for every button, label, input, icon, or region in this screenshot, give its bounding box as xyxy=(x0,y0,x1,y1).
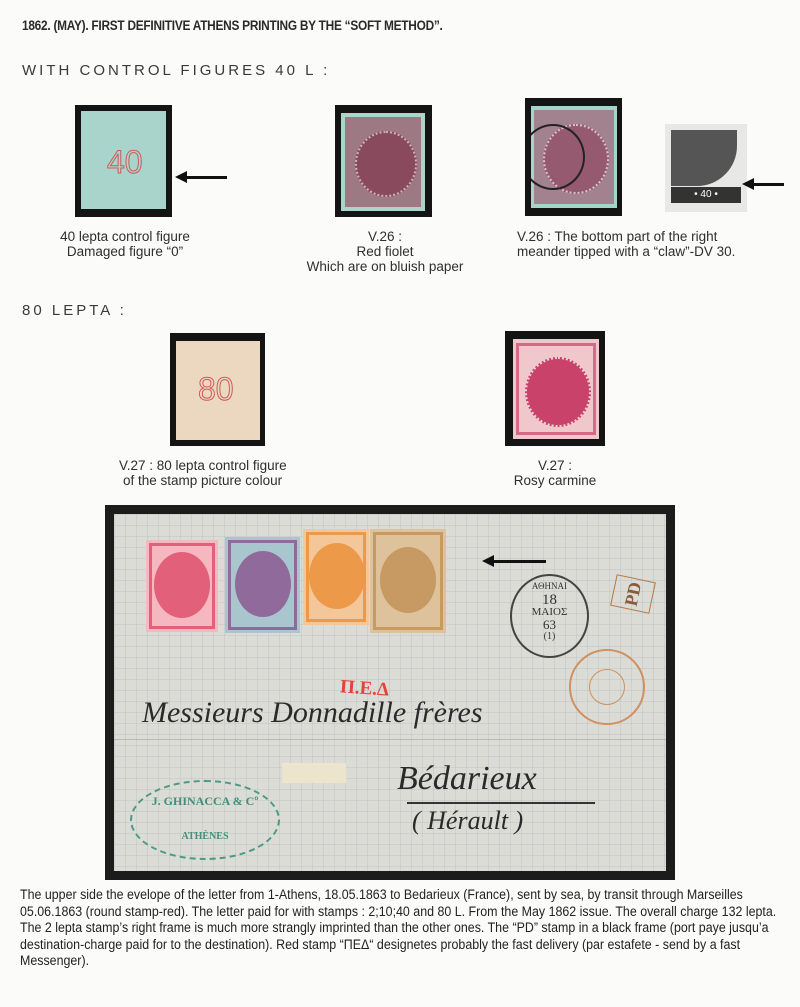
envelope-stamp-80-lepta xyxy=(146,540,218,632)
paper-slip xyxy=(282,763,346,783)
sender-oval-stamp: J. GHINACCA & Cº ATHÈNES xyxy=(130,780,280,860)
stamp-v27-rosy-carmine xyxy=(513,339,599,439)
detail-value-text: • 40 • xyxy=(671,187,741,203)
envelope-stamp-40-lepta xyxy=(225,537,300,633)
stamp-mount-40-control: 40 xyxy=(75,105,172,217)
caption-line: Rosy carmine xyxy=(500,473,610,488)
caption-line: Damaged figure “0” xyxy=(40,244,210,259)
stamp-mount-80-control: 80 xyxy=(170,333,265,446)
caption-line: of the stamp picture colour xyxy=(119,473,287,488)
description-text: The upper side the evelope of the letter… xyxy=(20,887,784,970)
caption-v26-claw: V.26 : The bottom part of the right mean… xyxy=(517,229,735,259)
postmark-city: ΑΘΗΝΑΙ xyxy=(512,581,587,591)
marseilles-postmark xyxy=(569,649,645,725)
envelope-stamp-2-lepta xyxy=(370,529,446,633)
control-figure-40: 40 xyxy=(107,144,143,181)
sender-city: ATHÈNES xyxy=(132,831,278,842)
address-line-city: Bédarieux xyxy=(397,760,537,798)
athens-postmark: ΑΘΗΝΑΙ 18 ΜΑΙΟΣ 63 (1) xyxy=(510,574,589,658)
enlarged-detail-image: • 40 • xyxy=(665,124,747,212)
caption-line: meander tipped with a “claw”-DV 30. xyxy=(517,244,735,259)
sender-name: J. GHINACCA & Cº xyxy=(132,794,278,809)
caption-line: V.26 : xyxy=(290,229,480,244)
stamp-v26-claw xyxy=(531,106,617,208)
caption-line: V.27 : xyxy=(500,458,610,473)
section-heading-80-lepta: 80 LEPTA : xyxy=(22,302,127,319)
stamp-back-80: 80 xyxy=(176,341,260,440)
caption-v26-red-fiolet: V.26 : Red fiolet Which are on bluish pa… xyxy=(290,229,480,274)
caption-line: V.27 : 80 lepta control figure xyxy=(119,458,287,473)
address-line-region: ( Hérault ) xyxy=(412,806,523,836)
caption-line: 40 lepta control figure xyxy=(40,229,210,244)
postmark-year: 63 xyxy=(512,618,587,631)
caption-line: Which are on bluish paper xyxy=(290,259,480,274)
caption-line: Red fiolet xyxy=(290,244,480,259)
envelope-cover: ΑΘΗΝΑΙ 18 ΜΑΙΟΣ 63 (1) PD Π.Ε.Δ Messieur… xyxy=(105,505,675,880)
stamp-mount-v26-claw xyxy=(525,98,622,216)
arrow-left-icon xyxy=(492,560,546,563)
caption-80-control: V.27 : 80 lepta control figure of the st… xyxy=(119,458,287,488)
stamp-mount-v26-red-fiolet xyxy=(335,105,432,217)
underline xyxy=(407,802,595,804)
caption-v27-rosy-carmine: V.27 : Rosy carmine xyxy=(500,458,610,488)
stamp-back-40: 40 xyxy=(81,111,166,209)
fold-line xyxy=(114,739,666,740)
page-title: 1862. (MAY). FIRST DEFINITIVE ATHENS PRI… xyxy=(22,18,443,33)
arrow-left-icon xyxy=(185,176,227,179)
stamp-mount-v27-rosy-carmine xyxy=(505,331,605,446)
arrow-left-icon xyxy=(752,183,784,186)
stamp-v26-red-fiolet xyxy=(341,113,425,211)
envelope-paper: ΑΘΗΝΑΙ 18 ΜΑΙΟΣ 63 (1) PD Π.Ε.Δ Messieur… xyxy=(114,514,666,871)
postmark-office: (1) xyxy=(512,631,587,643)
pd-stamp: PD xyxy=(610,574,656,614)
control-figure-80: 80 xyxy=(198,371,234,408)
address-line-recipient: Messieurs Donnadille frères xyxy=(142,696,483,730)
section-heading-control-40: WITH CONTROL FIGURES 40 L : xyxy=(22,62,330,79)
caption-line: V.26 : The bottom part of the right xyxy=(517,229,735,244)
envelope-stamp-10-lepta xyxy=(303,529,369,625)
caption-40-control: 40 lepta control figure Damaged figure “… xyxy=(40,229,210,259)
